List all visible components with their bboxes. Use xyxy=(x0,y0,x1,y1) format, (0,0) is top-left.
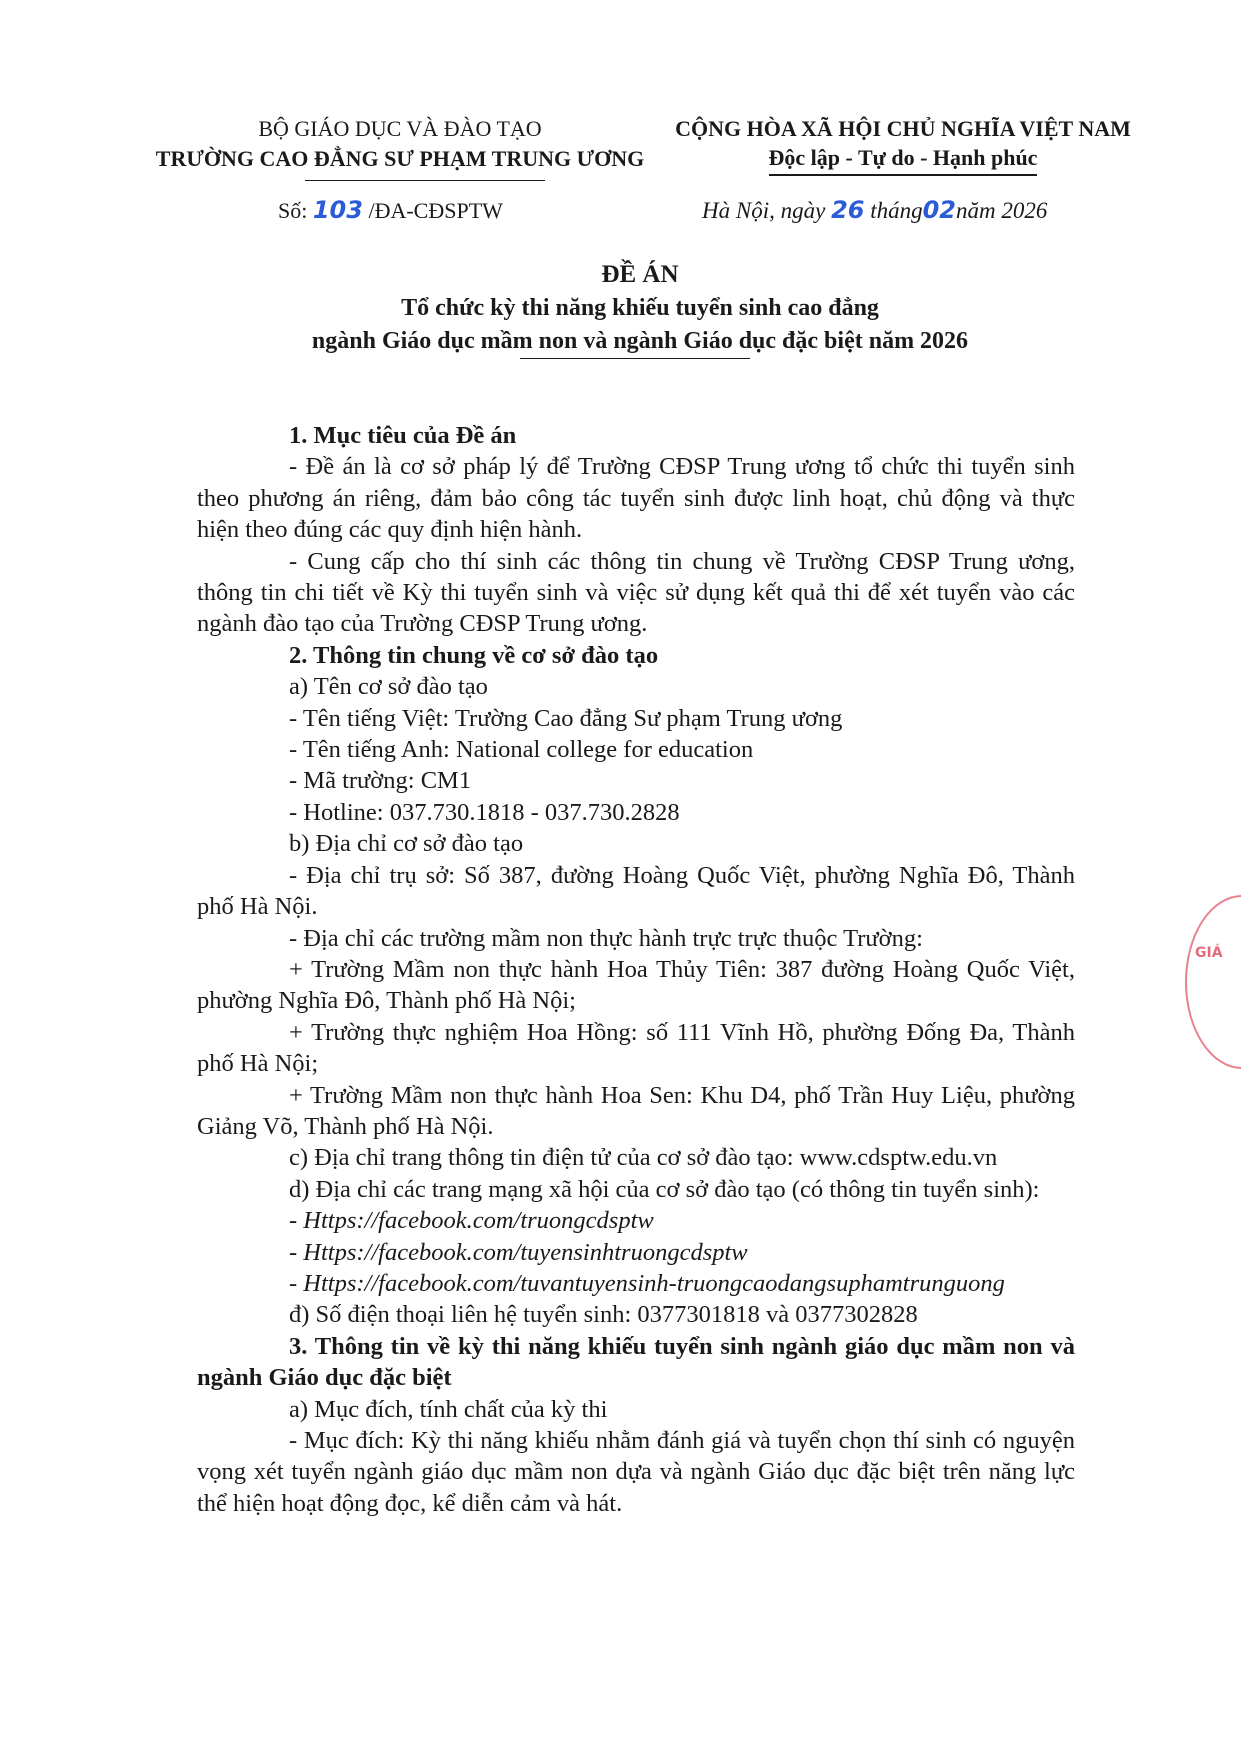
title-line-1: Tổ chức kỳ thi năng khiếu tuyển sinh cao… xyxy=(180,292,1100,325)
social-link[interactable]: - Https://facebook.com/tuyensinhtruongcd… xyxy=(197,1237,1075,1268)
list-item: - Địa chỉ các trường mầm non thực hành t… xyxy=(197,923,1075,954)
number-suffix: /ĐA-CĐSPTW xyxy=(368,198,502,223)
subsection-dd: đ) Số điện thoại liên hệ tuyển sinh: 037… xyxy=(197,1299,1075,1330)
issuer-block: BỘ GIÁO DỤC VÀ ĐÀO TẠO TRƯỜNG CAO ĐẲNG S… xyxy=(150,114,650,174)
subsection-c: c) Địa chỉ trang thông tin điện tử của c… xyxy=(197,1142,1075,1173)
document-number: Số: 103 /ĐA-CĐSPTW xyxy=(278,196,503,224)
red-seal-stamp: GIÁ xyxy=(1185,895,1241,1069)
paragraph: - Đề án là cơ sở pháp lý để Trường CĐSP … xyxy=(197,451,1075,545)
document-body: 1. Mục tiêu của Đề án - Đề án là cơ sở p… xyxy=(197,420,1075,1519)
country-name: CỘNG HÒA XÃ HỘI CHỦ NGHĨA VIỆT NAM xyxy=(668,114,1138,144)
social-link[interactable]: - Https://facebook.com/truongcdsptw xyxy=(197,1205,1075,1236)
ministry-name: BỘ GIÁO DỤC VÀ ĐÀO TẠO xyxy=(150,114,650,144)
list-item: + Trường thực nghiệm Hoa Hồng: số 111 Vĩ… xyxy=(197,1017,1075,1080)
title-underline xyxy=(520,358,750,359)
date-mid: tháng xyxy=(864,198,922,223)
subsection-d: d) Địa chỉ các trang mạng xã hội của cơ … xyxy=(197,1174,1075,1205)
title-line-2: ngành Giáo dục mầm non và ngành Giáo dục… xyxy=(180,325,1100,358)
national-header: CỘNG HÒA XÃ HỘI CHỦ NGHĨA VIỆT NAM Độc l… xyxy=(668,114,1138,176)
list-item: + Trường Mầm non thực hành Hoa Sen: Khu … xyxy=(197,1080,1075,1143)
issuer-underline xyxy=(305,180,545,181)
list-item: - Địa chỉ trụ sở: Số 387, đường Hoàng Qu… xyxy=(197,860,1075,923)
handwritten-month: 02 xyxy=(923,196,956,224)
paragraph: - Cung cấp cho thí sinh các thông tin ch… xyxy=(197,546,1075,640)
section-2-heading: 2. Thông tin chung về cơ sở đào tạo xyxy=(197,640,1075,671)
handwritten-day: 26 xyxy=(831,196,864,224)
paragraph: - Mục đích: Kỳ thi năng khiếu nhằm đánh … xyxy=(197,1425,1075,1519)
subsection-b: b) Địa chỉ cơ sở đào tạo xyxy=(197,828,1075,859)
seal-text: GIÁ xyxy=(1195,945,1223,961)
number-prefix: Số: xyxy=(278,198,307,223)
list-item: + Trường Mầm non thực hành Hoa Thủy Tiên… xyxy=(197,954,1075,1017)
subsection-a: a) Mục đích, tính chất của kỳ thi xyxy=(197,1394,1075,1425)
handwritten-number: 103 xyxy=(313,196,363,224)
national-motto: Độc lập - Tự do - Hạnh phúc xyxy=(769,144,1038,176)
list-item: - Hotline: 037.730.1818 - 037.730.2828 xyxy=(197,797,1075,828)
document-title: ĐỀ ÁN Tổ chức kỳ thi năng khiếu tuyển si… xyxy=(180,258,1100,358)
school-name: TRƯỜNG CAO ĐẲNG SƯ PHẠM TRUNG ƯƠNG xyxy=(150,144,650,174)
list-item: - Tên tiếng Việt: Trường Cao đẳng Sư phạ… xyxy=(197,703,1075,734)
date-suffix: năm 2026 xyxy=(956,198,1047,223)
social-link[interactable]: - Https://facebook.com/tuvantuyensinh-tr… xyxy=(197,1268,1075,1299)
date-prefix: Hà Nội, ngày xyxy=(702,198,831,223)
document-date: Hà Nội, ngày 26 tháng02năm 2026 xyxy=(702,196,1047,224)
document-type: ĐỀ ÁN xyxy=(180,258,1100,292)
section-1-heading: 1. Mục tiêu của Đề án xyxy=(197,420,1075,451)
section-3-heading: 3. Thông tin về kỳ thi năng khiếu tuyển … xyxy=(197,1331,1075,1394)
list-item: - Tên tiếng Anh: National college for ed… xyxy=(197,734,1075,765)
list-item: - Mã trường: CM1 xyxy=(197,765,1075,796)
subsection-a: a) Tên cơ sở đào tạo xyxy=(197,671,1075,702)
